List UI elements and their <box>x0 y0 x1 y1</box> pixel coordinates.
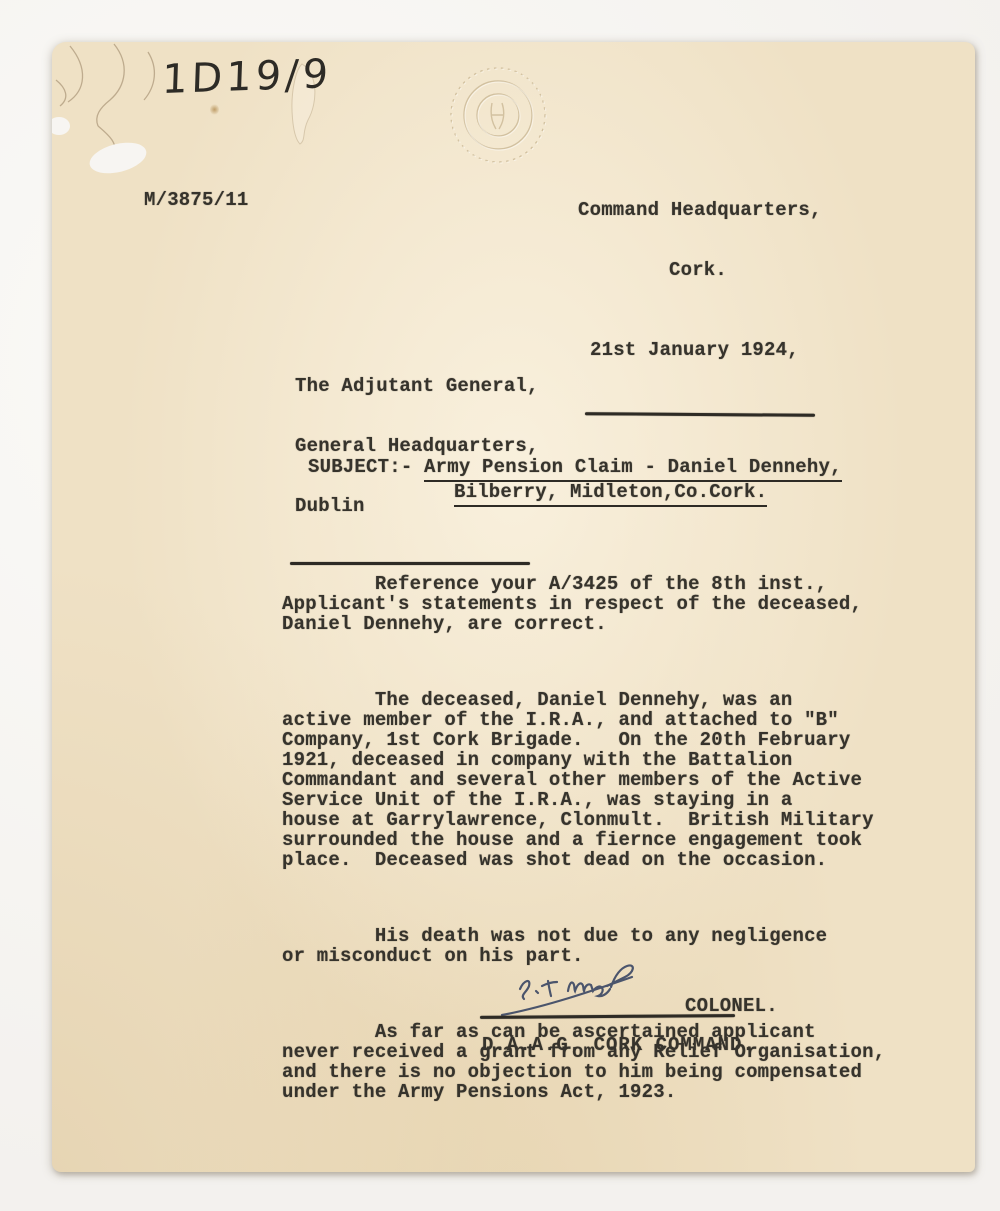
sender-block: Command Headquarters, Cork. 21st January… <box>578 160 822 456</box>
subject-line2: Bilberry, Midleton,Co.Cork. <box>454 480 842 505</box>
embossed-seal-icon <box>438 55 558 175</box>
body-paragraph-3: His death was not due to any negligence … <box>282 926 942 966</box>
file-reference: M/3875/11 <box>144 190 248 210</box>
letter-paper: 1D19/9 M/3875/11 Command Headquarters, C… <box>52 42 975 1172</box>
signature-rank: COLONEL. <box>685 996 778 1016</box>
letter-body: Reference your A/3425 of the 8th inst., … <box>282 534 942 1158</box>
ink-stain-spot <box>210 104 219 115</box>
handwritten-archive-ref: 1D19/9 <box>161 51 333 103</box>
subject-block: SUBJECT:- Army Pension Claim - Daniel De… <box>308 455 842 505</box>
subject-claim-title: Army Pension Claim - Daniel Dennehy, <box>424 456 842 482</box>
sender-rule <box>585 412 815 417</box>
body-paragraph-1: Reference your A/3425 of the 8th inst., … <box>282 574 942 634</box>
sender-line2: Cork. <box>669 260 822 280</box>
signature-unit: D.A.A.G. CORK COMMAND. <box>482 1035 755 1055</box>
sender-date: 21st January 1924, <box>590 340 822 360</box>
recipient-line2: General Headquarters, <box>295 436 539 456</box>
recipient-line1: The Adjutant General, <box>295 376 539 396</box>
subject-label: SUBJECT:- <box>308 456 424 478</box>
subject-address: Bilberry, Midleton,Co.Cork. <box>454 481 767 507</box>
subject-line1: SUBJECT:- Army Pension Claim - Daniel De… <box>308 455 842 480</box>
body-paragraph-2: The deceased, Daniel Dennehy, was an act… <box>282 690 942 870</box>
sender-line1: Command Headquarters, <box>578 200 822 220</box>
